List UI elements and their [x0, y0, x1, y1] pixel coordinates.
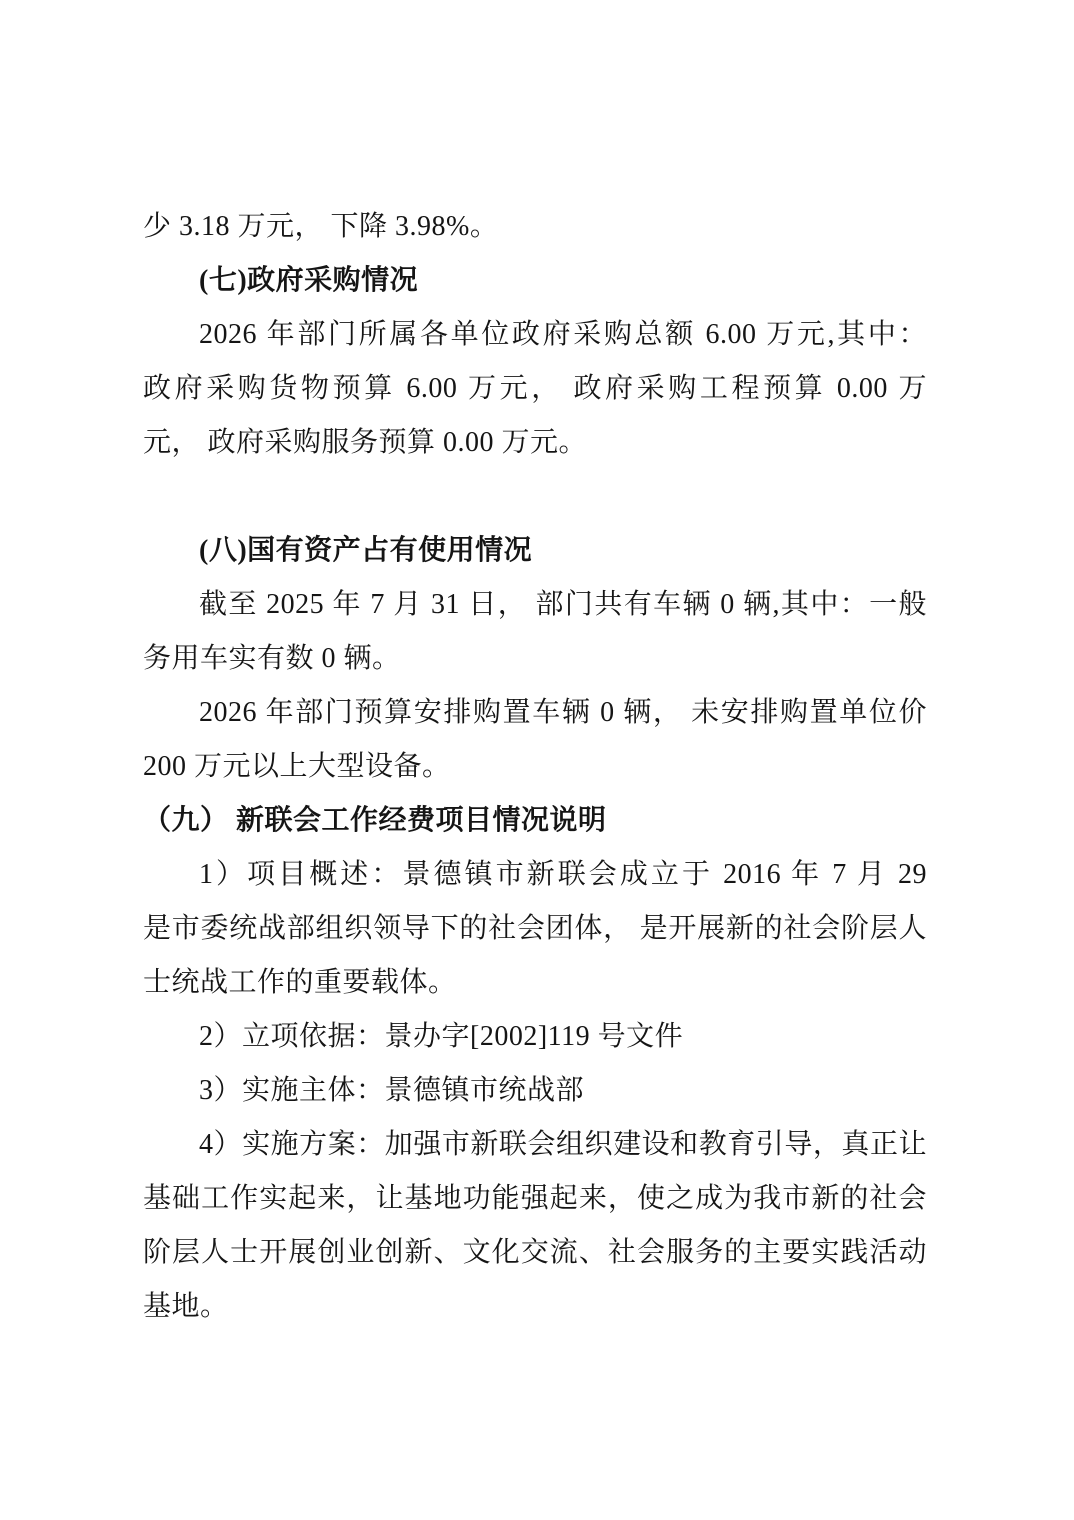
- body-line: 2）立项依据：景办字[2002]119 号文件: [143, 1010, 927, 1064]
- body-line: 2026 年部门预算安排购置车辆 0 辆， 未安排购置单位价值: [143, 686, 927, 740]
- body-line: 2026 年部门所属各单位政府采购总额 6.00 万元,其中：: [143, 308, 927, 362]
- body-continuation-line: 少 3.18 万元， 下降 3.98%。: [143, 200, 927, 254]
- body-line: 4）实施方案：加强市新联会组织建设和教育引导，真正让: [143, 1118, 927, 1172]
- section-heading-8: (八)国有资产占有使用情况: [143, 524, 927, 578]
- body-line: 基地。: [143, 1280, 927, 1334]
- section-heading-7: (七)政府采购情况: [143, 254, 927, 308]
- body-line: 元， 政府采购服务预算 0.00 万元。: [143, 416, 927, 470]
- body-line: 200 万元以上大型设备。: [143, 740, 927, 794]
- body-line: 截至 2025 年 7 月 31 日， 部门共有车辆 0 辆,其中：一般公: [143, 578, 927, 632]
- body-line: 基础工作实起来，让基地功能强起来，使之成为我市新的社会: [143, 1172, 927, 1226]
- body-line: 士统战工作的重要载体。: [143, 956, 927, 1010]
- blank-line: [143, 470, 927, 524]
- body-line: 务用车实有数 0 辆。: [143, 632, 927, 686]
- document-page: 少 3.18 万元， 下降 3.98%。 (七)政府采购情况 2026 年部门所…: [0, 0, 1074, 1520]
- body-line: 1）项目概述：景德镇市新联会成立于 2016 年 7 月 29 日，: [143, 848, 927, 902]
- body-line: 是市委统战部组织领导下的社会团体， 是开展新的社会阶层人: [143, 902, 927, 956]
- document-content: 少 3.18 万元， 下降 3.98%。 (七)政府采购情况 2026 年部门所…: [143, 200, 927, 1334]
- body-line: 政府采购货物预算 6.00 万元， 政府采购工程预算 0.00 万: [143, 362, 927, 416]
- body-line: 3）实施主体：景德镇市统战部: [143, 1064, 927, 1118]
- body-line: 阶层人士开展创业创新、文化交流、社会服务的主要实践活动: [143, 1226, 927, 1280]
- section-heading-9: （九） 新联会工作经费项目情况说明: [143, 794, 927, 848]
